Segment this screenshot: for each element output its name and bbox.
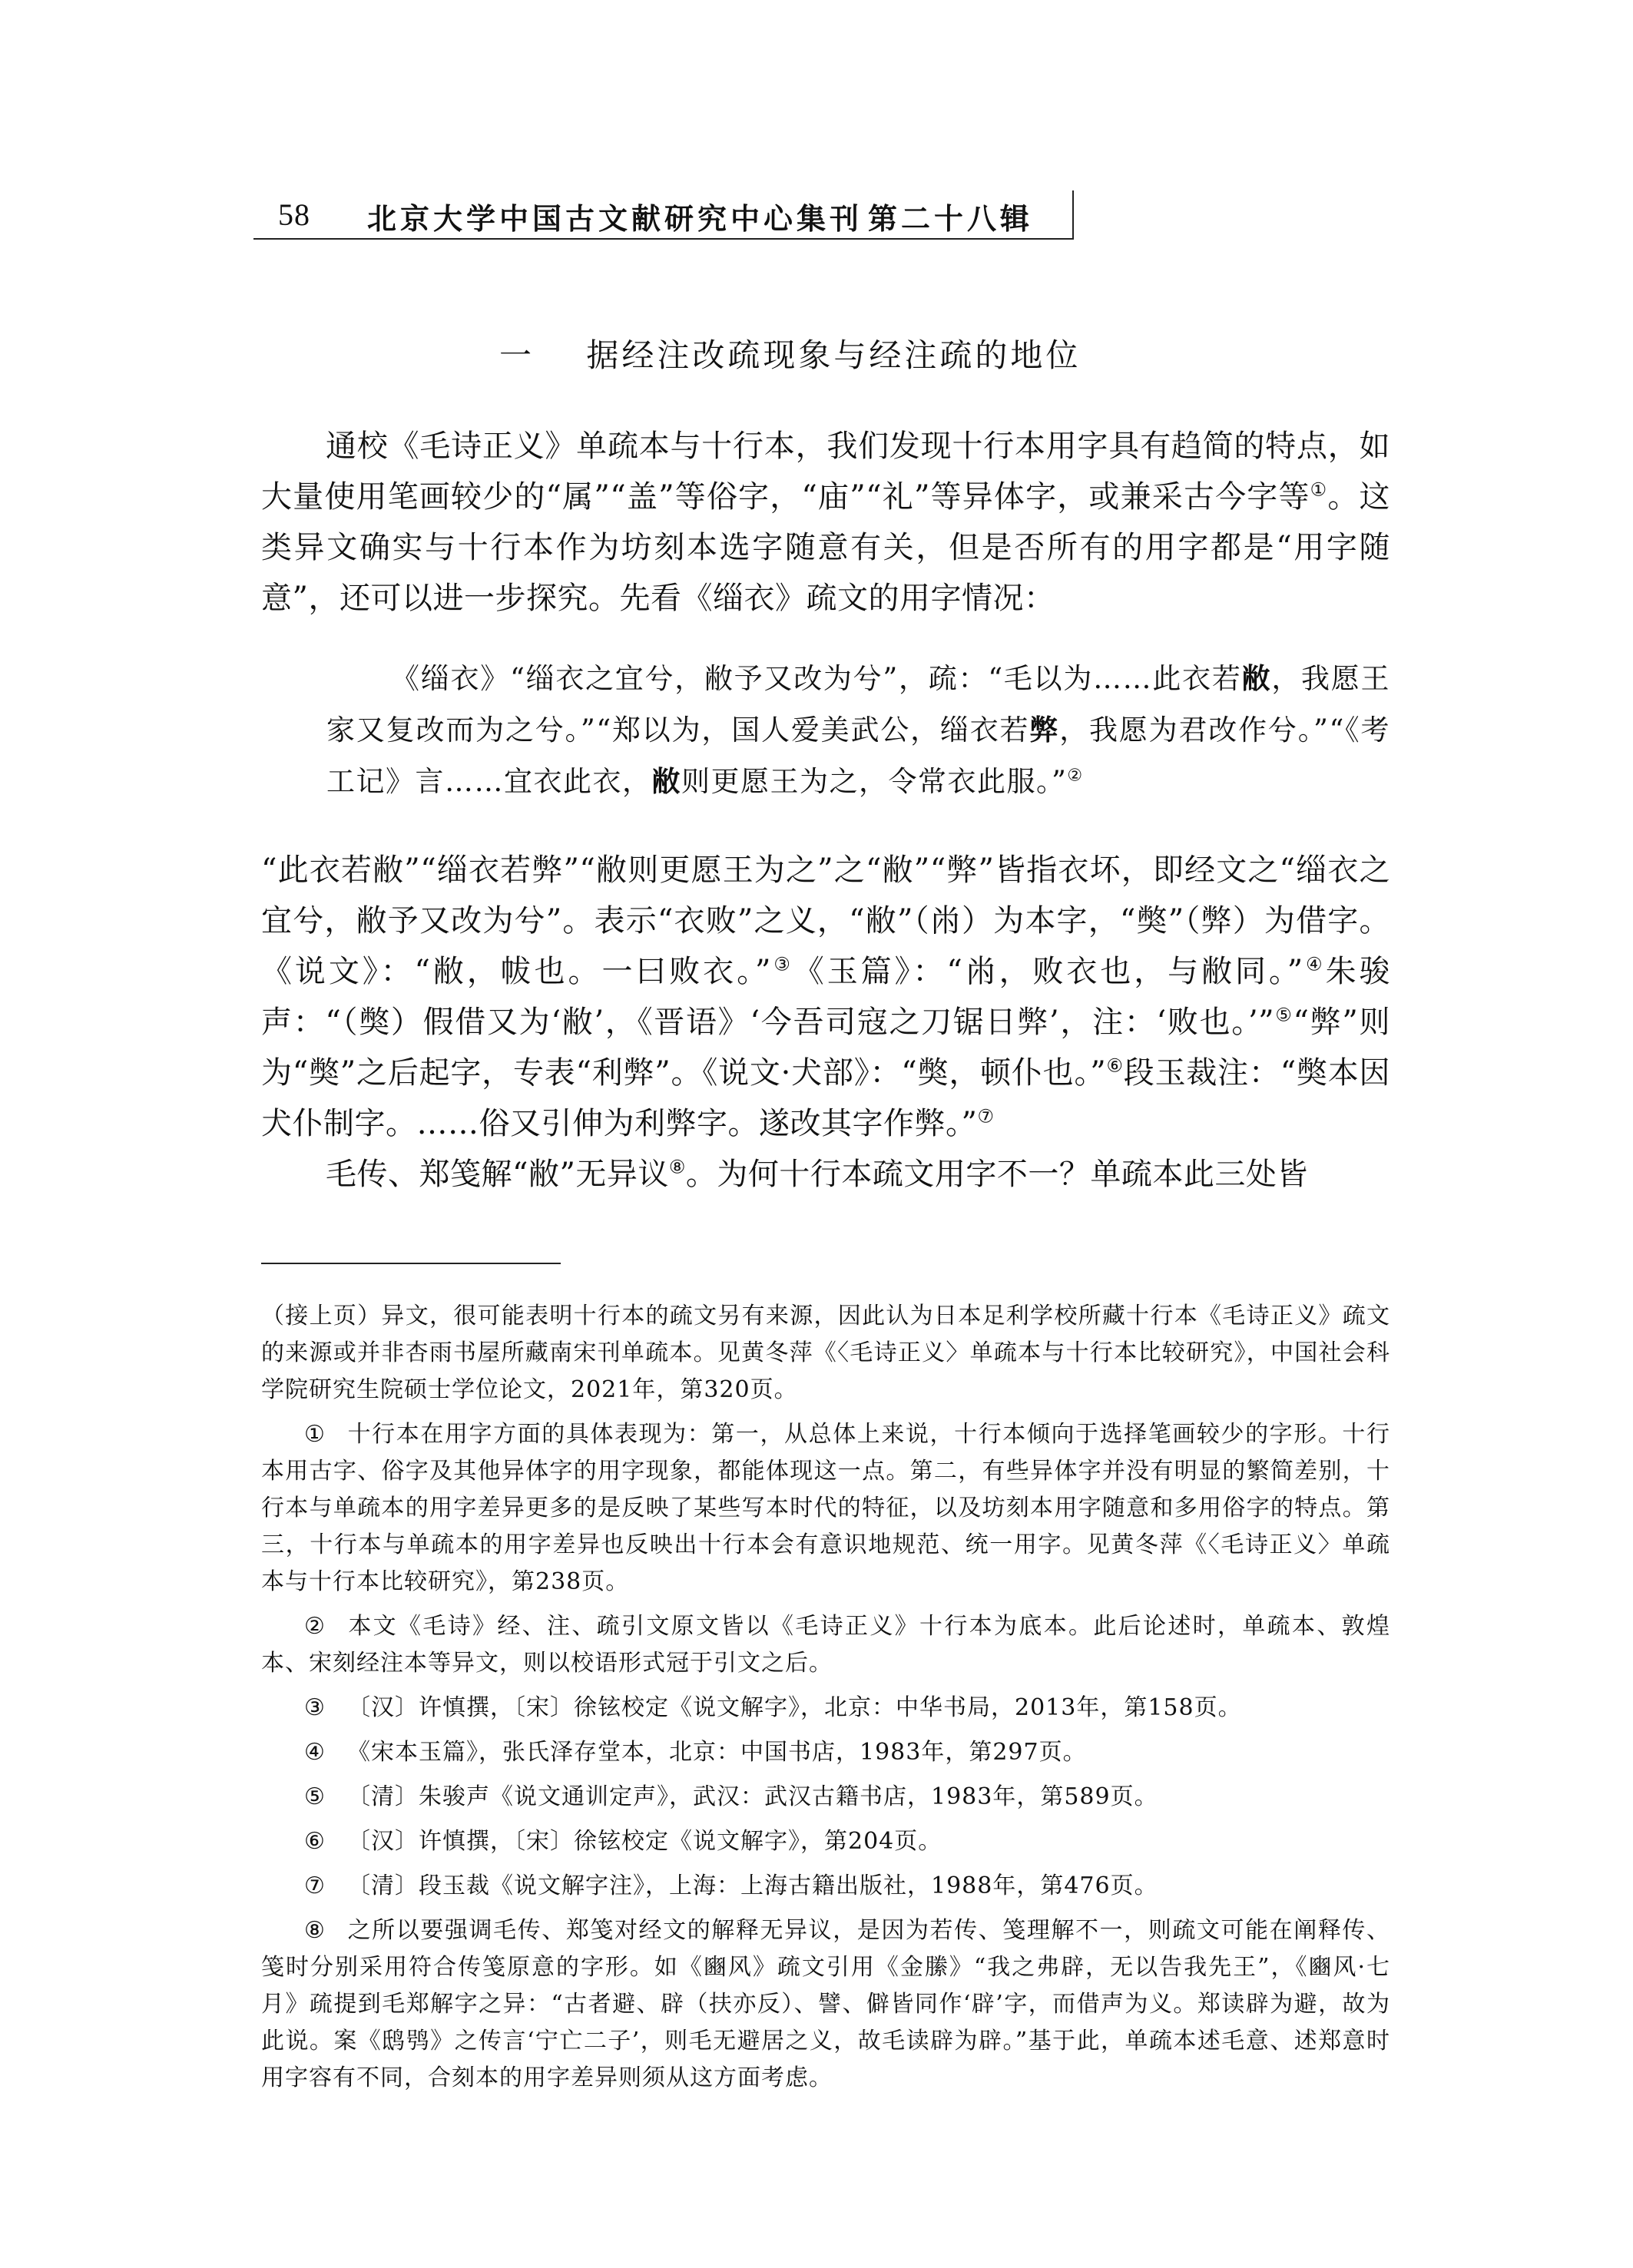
quote-text: 《缁衣》“缁衣之宜兮，敝予又改为兮”，疏：“毛以为……此衣若 bbox=[391, 662, 1242, 695]
footnote-text: 十行本在用字方面的具体表现为：第一，从总体上来说，十行本倾向于选择笔画较少的字形… bbox=[261, 1421, 1390, 1595]
footnote-2: ②本文《毛诗》经、注、疏引文原文皆以《毛诗正义》十行本为底本。此后论述时，单疏本… bbox=[261, 1608, 1390, 1682]
quote-text: 则更愿王为之，令常衣此服。” bbox=[681, 765, 1067, 798]
footnote-mark: ⑦ bbox=[304, 1868, 347, 1905]
quote-emphasis: 敝 bbox=[1242, 661, 1272, 695]
para3-text: 。为何十行本疏文用字不一？单疏本此三处皆 bbox=[686, 1157, 1308, 1192]
footnote-text: （接上页）异文，很可能表明十行本的疏文另有来源，因此认为日本足利学校所藏十行本《… bbox=[261, 1303, 1390, 1403]
body-paragraph-2: “此衣若敝”“缁衣若弊”“敝则更愿王为之”之“敝”“弊”皆指衣坏，即经文之“缁衣… bbox=[261, 845, 1390, 1200]
footnote-text: 〔汉〕许慎撰，〔宋〕徐铉校定《说文解字》，第204页。 bbox=[347, 1828, 942, 1855]
para1-text: 通校《毛诗正义》单疏本与十行本，我们发现十行本用字具有趋简的特点，如大量使用笔画… bbox=[261, 429, 1390, 515]
footnote-mark: ⑤ bbox=[304, 1779, 347, 1816]
body-paragraph-1: 通校《毛诗正义》单疏本与十行本，我们发现十行本用字具有趋简的特点，如大量使用笔画… bbox=[261, 421, 1390, 624]
para3-text: 毛传、郑笺解“敝”无异议 bbox=[326, 1157, 669, 1192]
footnote-mark: ⑥ bbox=[304, 1823, 347, 1860]
footnote-ref-4[interactable]: ④ bbox=[1303, 954, 1326, 975]
section-number: 一 bbox=[499, 336, 535, 374]
footnote-text: 之所以要强调毛传、郑笺对经文的解释无异议，是因为若传、笺理解不一，则疏文可能在阐… bbox=[261, 1917, 1390, 2091]
footnote-8: ⑧之所以要强调毛传、郑笺对经文的解释无异议，是因为若传、笺理解不一，则疏文可能在… bbox=[261, 1912, 1390, 2097]
para2-text: 《玉篇》：“㡀，败衣也，与敝同。” bbox=[793, 954, 1303, 989]
footnote-text: 本文《毛诗》经、注、疏引文原文皆以《毛诗正义》十行本为底本。此后论述时，单疏本、… bbox=[261, 1613, 1390, 1677]
journal-title: 北京大学中国古文献研究中心集刊 bbox=[367, 195, 863, 237]
footnote-6: ⑥〔汉〕许慎撰，〔宋〕徐铉校定《说文解字》，第204页。 bbox=[261, 1823, 1390, 1860]
block-quote: 《缁衣》“缁衣之宜兮，敝予又改为兮”，疏：“毛以为……此衣若敝，我愿王家又复改而… bbox=[326, 653, 1390, 807]
footnote-ref-1[interactable]: ① bbox=[1310, 479, 1328, 501]
quote-emphasis: 敝 bbox=[652, 764, 682, 798]
footnote-mark: ① bbox=[304, 1416, 347, 1453]
footnote-5: ⑤〔清〕朱骏声《说文通训定声》，武汉：武汉古籍书店，1983年，第589页。 bbox=[261, 1779, 1390, 1816]
section-title: 据经注改疏现象与经注疏的地位 bbox=[586, 336, 1081, 374]
footnote-mark: ③ bbox=[304, 1690, 347, 1727]
footnote-1: ①十行本在用字方面的具体表现为：第一，从总体上来说，十行本倾向于选择笔画较少的字… bbox=[261, 1416, 1390, 1601]
footnote-ref-8[interactable]: ⑧ bbox=[669, 1157, 686, 1178]
footnote-text: 《宋本玉篇》，张氏泽存堂本，北京：中国书店，1983年，第297页。 bbox=[347, 1739, 1087, 1766]
issue-number: 第二十八辑 bbox=[868, 195, 1033, 237]
footnote-ref-6[interactable]: ⑥ bbox=[1106, 1055, 1124, 1077]
journal-page: 58 北京大学中国古文献研究中心集刊 第二十八辑 一 据经注改疏现象与经注疏的地… bbox=[0, 0, 1633, 2268]
footnote-ref-3[interactable]: ③ bbox=[771, 954, 793, 975]
page-number: 58 bbox=[278, 197, 310, 233]
footnote-mark: ② bbox=[304, 1608, 347, 1645]
footnote-ref-7[interactable]: ⑦ bbox=[977, 1106, 994, 1127]
footnote-text: 〔清〕朱骏声《说文通训定声》，武汉：武汉古籍书店，1983年，第589页。 bbox=[347, 1783, 1158, 1810]
footnote-mark: ④ bbox=[304, 1734, 347, 1771]
section-heading: 一 据经注改疏现象与经注疏的地位 bbox=[499, 330, 1081, 376]
footnote-4: ④《宋本玉篇》，张氏泽存堂本，北京：中国书店，1983年，第297页。 bbox=[261, 1734, 1390, 1771]
footnote-text: 〔汉〕许慎撰，〔宋〕徐铉校定《说文解字》，北京：中华书局，2013年，第158页… bbox=[347, 1694, 1242, 1721]
footnotes: （接上页）异文，很可能表明十行本的疏文另有来源，因此认为日本足利学校所藏十行本《… bbox=[261, 1298, 1390, 2104]
running-header: 58 北京大学中国古文献研究中心集刊 第二十八辑 bbox=[253, 190, 1074, 240]
footnote-mark: ⑧ bbox=[304, 1912, 347, 1949]
quote-emphasis: 弊 bbox=[1029, 713, 1059, 747]
footnote-continued: （接上页）异文，很可能表明十行本的疏文另有来源，因此认为日本足利学校所藏十行本《… bbox=[261, 1298, 1390, 1409]
footnote-ref-5[interactable]: ⑤ bbox=[1274, 1005, 1293, 1026]
footnote-divider bbox=[261, 1263, 561, 1264]
footnote-text: 〔清〕段玉裁《说文解字注》，上海：上海古籍出版社，1988年，第476页。 bbox=[347, 1872, 1158, 1899]
footnote-ref-2[interactable]: ② bbox=[1067, 766, 1083, 786]
footnote-7: ⑦〔清〕段玉裁《说文解字注》，上海：上海古籍出版社，1988年，第476页。 bbox=[261, 1868, 1390, 1905]
footnote-3: ③〔汉〕许慎撰，〔宋〕徐铉校定《说文解字》，北京：中华书局，2013年，第158… bbox=[261, 1690, 1390, 1727]
